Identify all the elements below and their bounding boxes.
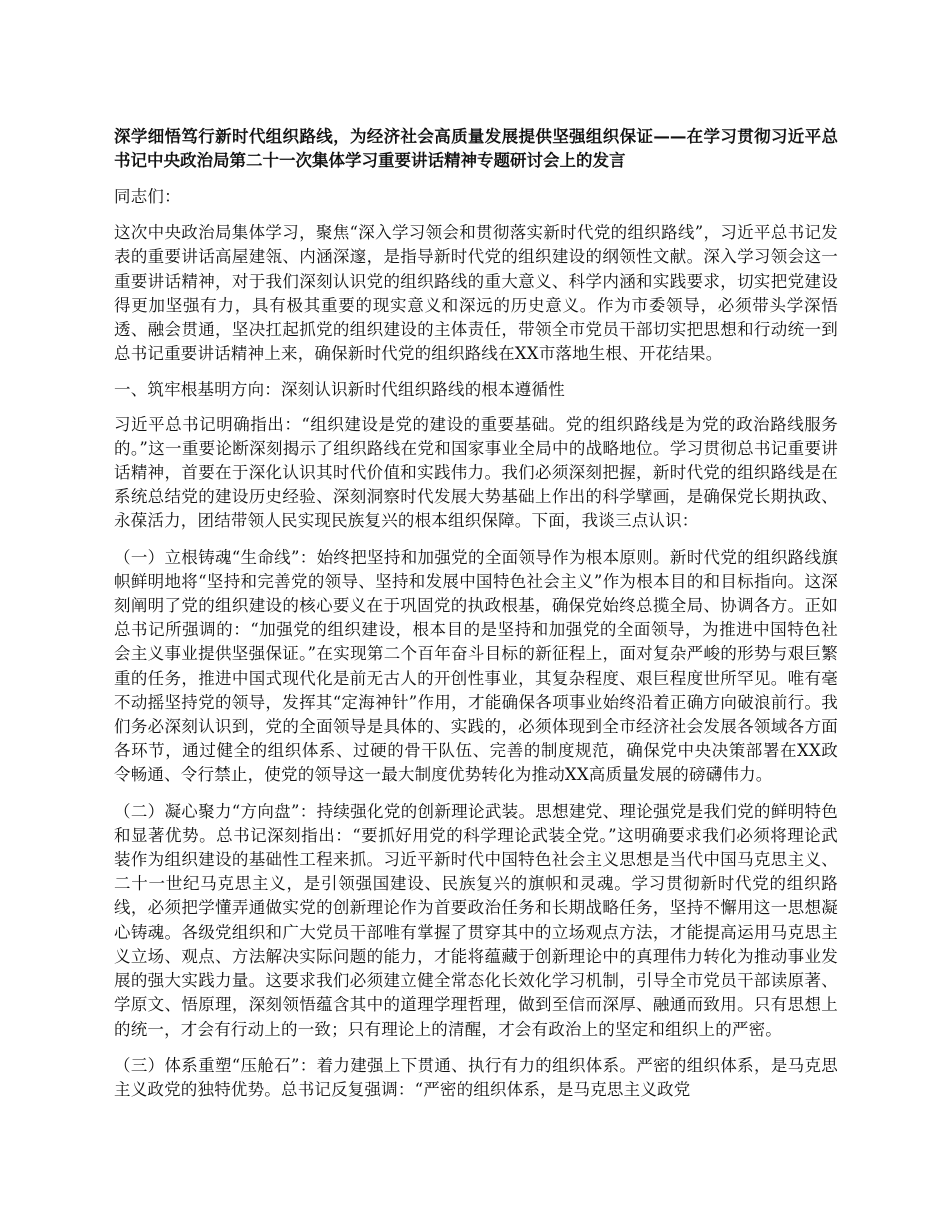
section-heading-1: 一、筑牢根基明方向：深刻认识新时代组织路线的根本遵循性 — [114, 378, 838, 402]
greeting: 同志们： — [114, 185, 838, 209]
paragraph-section-1-intro: 习近平总书记明确指出：“组织建设是党的建设的重要基础。党的组织路线是为党的政治路… — [114, 413, 838, 534]
paragraph-intro: 这次中央政治局集体学习，聚焦“深入学习领会和贯彻落实新时代党的组织路线”，习近平… — [114, 221, 838, 366]
paragraph-point-3: （三）体系重塑“压舱石”：着力建强上下贯通、执行有力的组织体系。严密的组织体系，… — [114, 1054, 838, 1102]
document-title: 深学细悟笃行新时代组织路线，为经济社会高质量发展提供坚强组织保证——在学习贯彻习… — [114, 125, 838, 173]
paragraph-point-1: （一）立根铸魂“生命线”：始终把坚持和加强党的全面领导作为根本原则。新时代党的组… — [114, 546, 838, 788]
paragraph-point-2: （二）凝心聚力“方向盘”：持续强化党的创新理论武装。思想建党、理论强党是我们党的… — [114, 800, 838, 1042]
document-page: 深学细悟笃行新时代组织路线，为经济社会高质量发展提供坚强组织保证——在学习贯彻习… — [114, 125, 838, 1114]
